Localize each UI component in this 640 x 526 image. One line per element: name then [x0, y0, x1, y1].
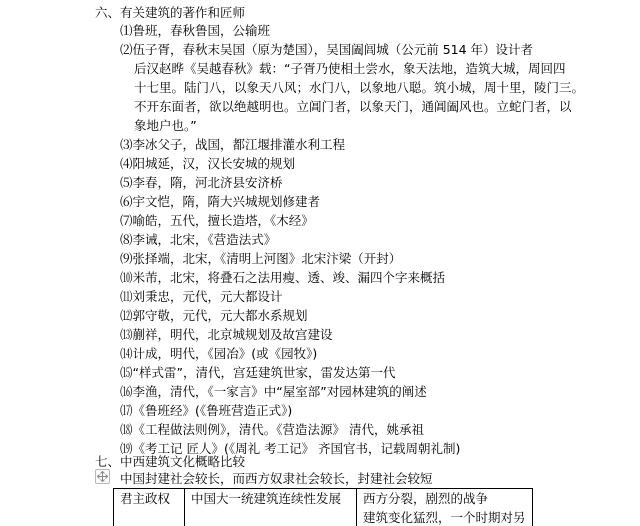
document-page: 六、有关建筑的著作和匠师 ⑴鲁班，春秋鲁国，公输班 ⑵伍子胥，春秋末吴国（原为楚…: [0, 0, 640, 526]
list-item: ⒀蒯祥，明代，北京城规划及故宫建设: [120, 325, 333, 344]
list-item: ⑼张择端，北宋，《清明上河图》北宋汴梁（开封）: [120, 249, 401, 268]
list-item: ⒅《工程做法则例》，清代。《营造法源》 清代，姚承祖: [120, 420, 424, 439]
list-item: ⑵伍子胥，春秋末吴国（原为楚国），吴国阖闾城（公元前 514 年）设计者: [120, 40, 533, 59]
cell-line: 西方分裂，剧烈的战争: [363, 489, 526, 508]
quote-line: 后汉赵晔《吴越春秋》载：“子胥乃使相土尝水，象天法地，造筑大城，周回四: [134, 59, 565, 78]
quote-line: 象地户也。”: [134, 116, 197, 135]
section-6-heading: 六、有关建筑的著作和匠师: [95, 3, 245, 22]
list-item: ⒁计成，明代，《园冶》(或《园牧》): [120, 344, 317, 363]
cell-line: 建筑变化猛烈，一个时期对另: [363, 508, 526, 526]
list-item: ⑶李冰父子，战国，都江堰排灌水利工程: [120, 135, 345, 154]
comparison-table: 君主政权 中国大一统建筑连续性发展 西方分裂，剧烈的战争 建筑变化猛烈，一个时期…: [113, 488, 533, 526]
section-7-intro: 中国封建社会较长，而西方奴隶社会较长，封建社会较短: [120, 469, 433, 488]
table-cell-west[interactable]: 西方分裂，剧烈的战争 建筑变化猛烈，一个时期对另: [357, 489, 533, 526]
table-cell-topic[interactable]: 君主政权: [114, 489, 185, 526]
list-item: ⑸李春，隋，河北济县安济桥: [120, 173, 283, 192]
list-item: ⒂“样式雷”，清代，宫廷建筑世家，雷发达第一代: [120, 363, 395, 382]
quote-line: 十七里。陆门八，以象天八风；水门八，以象地八聪。筑小城，周十里，陵门三。: [134, 78, 584, 97]
list-item: ⒃李渔，清代，《一家言》中“屋室部”对园林建筑的阐述: [120, 382, 427, 401]
list-item: ⑽米芾，北宋，将叠石之法用瘦、透、竣、漏四个字来概括: [120, 268, 445, 287]
quote-line: 不开东面者，欲以绝越明也。立阊门者，以象天门，通阊阖风也。立蛇门者，以: [134, 97, 572, 116]
list-item: ⑿郭守敬，元代，元大都水系规划: [120, 306, 308, 325]
table-move-handle-icon: [97, 471, 108, 482]
move-arrows-icon[interactable]: [95, 469, 110, 484]
list-item: ⑾刘秉忠，元代，元大都设计: [120, 287, 283, 306]
list-item: ⑻李诫，北宋，《营造法式》: [120, 230, 276, 249]
list-item: ⑺喻皓，五代，擅长造塔，《木经》: [120, 211, 314, 230]
table-cell-china[interactable]: 中国大一统建筑连续性发展: [185, 489, 357, 526]
list-item: ⑹宇文恺，隋，隋大兴城规划修建者: [120, 192, 320, 211]
list-item: ⒄《鲁班经》(《鲁班营造正式》): [120, 401, 292, 420]
list-item: ⑷阳城延，汉，汉长安城的规划: [120, 154, 295, 173]
table-row: 君主政权 中国大一统建筑连续性发展 西方分裂，剧烈的战争 建筑变化猛烈，一个时期…: [114, 489, 533, 526]
list-item: ⑴鲁班，春秋鲁国，公输班: [120, 21, 270, 40]
